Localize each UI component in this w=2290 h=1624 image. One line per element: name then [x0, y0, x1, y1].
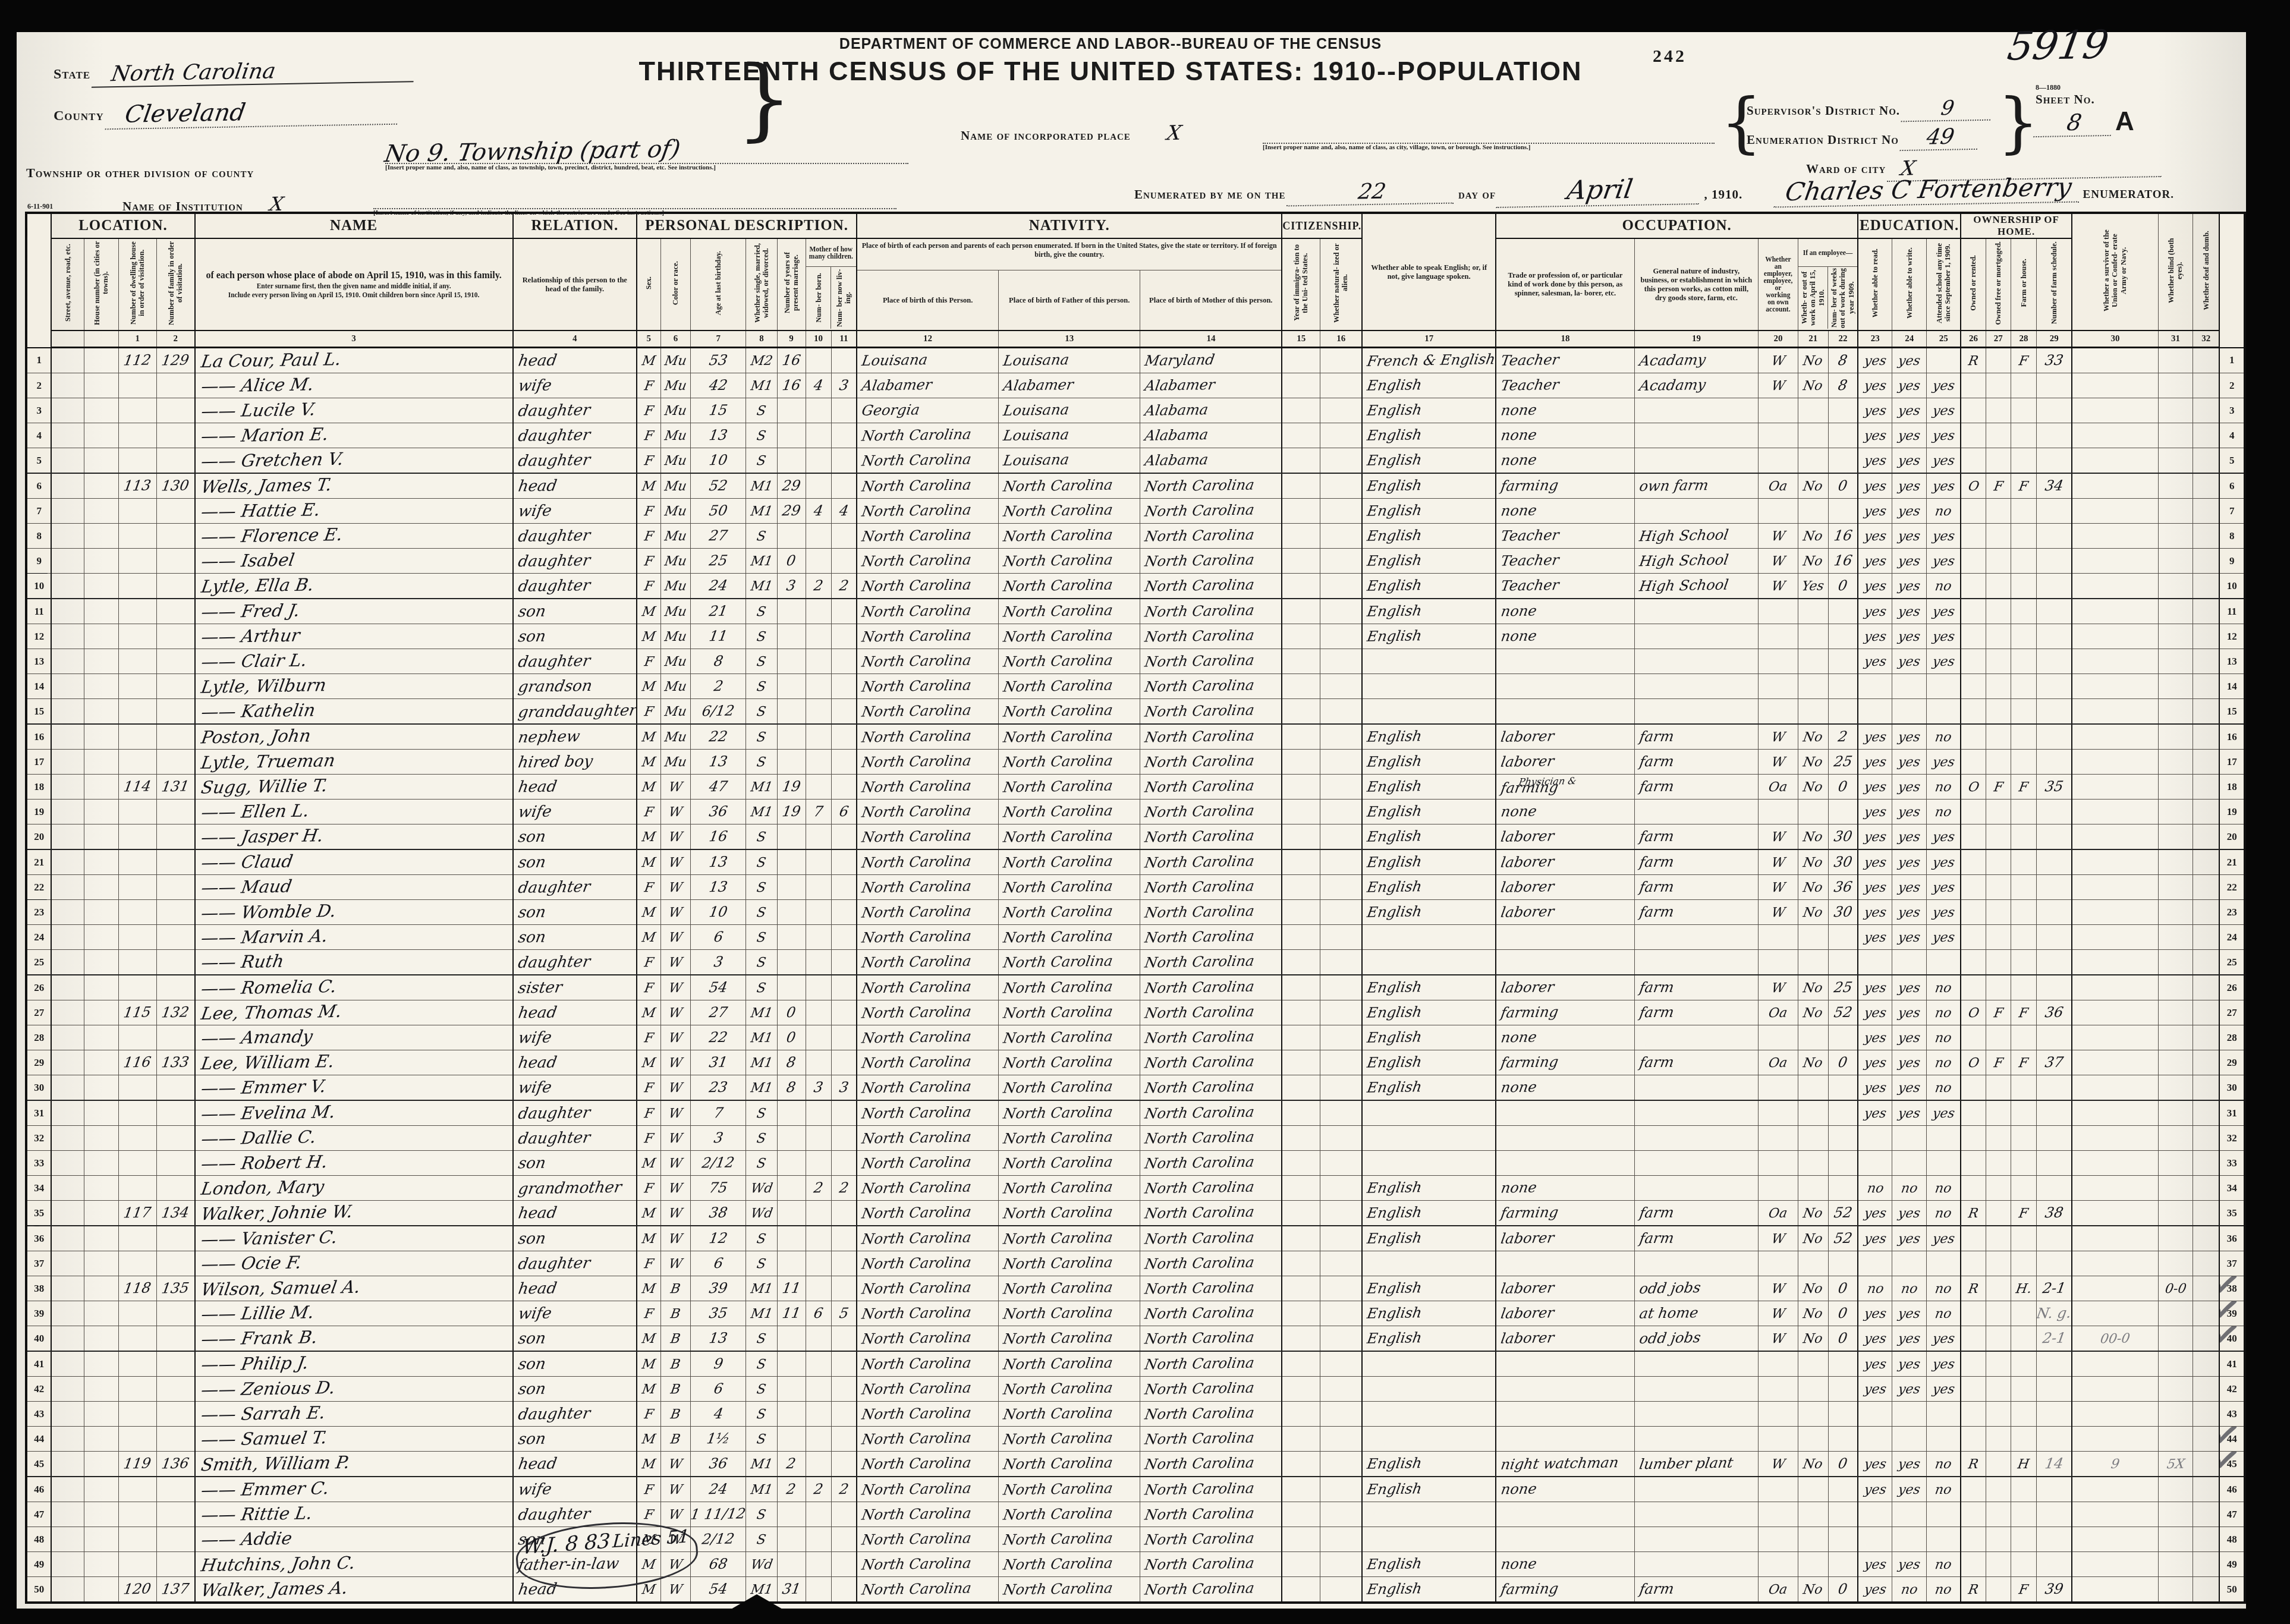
- cell: head: [513, 1452, 637, 1477]
- cell: 47: [691, 775, 746, 800]
- cell: North Carolina: [999, 473, 1140, 499]
- cell: [1986, 950, 2011, 975]
- mother-children-group-header: Mother of how many children. Num- ber bo…: [806, 238, 857, 331]
- table-row: 18114131Sugg, Willie T.headMW47M119North…: [26, 775, 2245, 800]
- cell: [118, 1100, 156, 1126]
- cell: H: [2011, 1452, 2037, 1477]
- cell: [1362, 1502, 1496, 1527]
- cell: [2158, 599, 2193, 624]
- cell: [1282, 373, 1320, 398]
- cell: [806, 975, 831, 1000]
- cell: 7: [806, 800, 831, 824]
- cell: [84, 900, 119, 925]
- cell: F: [637, 1402, 660, 1427]
- cell: [2072, 1176, 2158, 1201]
- cell: North Carolina: [857, 824, 998, 850]
- cell: yes: [1858, 900, 1892, 925]
- cell: [2158, 649, 2193, 674]
- line-number: 26: [2219, 975, 2245, 1000]
- cell: North Carolina: [999, 1251, 1140, 1276]
- enumerator-field: Charles C Fortenberry ENUMERATOR.: [1776, 175, 2174, 205]
- cell: [1759, 499, 1798, 524]
- cell: 120: [118, 1577, 156, 1603]
- cell: [118, 599, 156, 624]
- deaf-column-header: Whether deaf and dumb.: [2202, 231, 2210, 310]
- cell: [806, 1000, 831, 1025]
- cell: North Carolina: [1140, 1552, 1282, 1577]
- table-row: 5—— Gretchen V.daughterFMu10SNorth Carol…: [26, 448, 2245, 474]
- cell: [51, 649, 84, 674]
- cell: [1320, 1326, 1362, 1352]
- cell: [1798, 1377, 1828, 1402]
- cell: 135: [156, 1276, 194, 1301]
- column-number: 2: [156, 331, 194, 348]
- cell: [1961, 574, 1986, 599]
- cell: [51, 1477, 84, 1502]
- cell: Alabamer: [857, 373, 998, 398]
- cell: North Carolina: [999, 1000, 1140, 1025]
- cell: yes: [1927, 849, 1961, 875]
- cell: [84, 1577, 119, 1603]
- cell: [2193, 1477, 2220, 1502]
- cell: yes: [1858, 1000, 1892, 1025]
- cell: 114: [118, 775, 156, 800]
- cell: [2011, 1477, 2037, 1502]
- cell: yes: [1927, 423, 1961, 448]
- cell: North Carolina: [999, 1050, 1140, 1075]
- cell: M: [637, 1427, 660, 1452]
- cell: M: [637, 849, 660, 875]
- line-number: 33: [2219, 1151, 2245, 1176]
- cell: [118, 900, 156, 925]
- cell: [1798, 699, 1828, 725]
- cell: night watchman: [1496, 1452, 1634, 1477]
- cell: F: [2011, 775, 2037, 800]
- cell: [1961, 1075, 1986, 1101]
- cell: [806, 875, 831, 900]
- cell: [2011, 1176, 2037, 1201]
- cell: lumber plant: [1634, 1452, 1758, 1477]
- enumerated-prefix: Enumerated by me on the: [1134, 187, 1285, 202]
- cell: [2037, 950, 2072, 975]
- street-column-header: Street, avenue, road, etc.: [64, 244, 72, 322]
- name-group-title: NAME: [330, 218, 378, 234]
- cell: S: [746, 649, 777, 674]
- cell: [2011, 1502, 2037, 1527]
- table-row: 39—— Lillie M.wifeFB35M11165North Caroli…: [26, 1301, 2245, 1326]
- cell: R: [1961, 1577, 1986, 1603]
- cell: no: [1927, 1025, 1961, 1050]
- cell: [1798, 925, 1828, 950]
- cell: 39: [691, 1276, 746, 1301]
- cell: North Carolina: [1140, 574, 1282, 599]
- cell: [118, 699, 156, 725]
- cell: [156, 373, 194, 398]
- cell: [1986, 599, 2011, 624]
- cell: English: [1362, 473, 1496, 499]
- cell: [2193, 824, 2220, 850]
- cell: Mu: [660, 499, 691, 524]
- serial-number-wrap: 5919: [2008, 23, 2108, 68]
- cell: S: [746, 599, 777, 624]
- naturalized-column-header: Whether natural- ized or alien.: [1332, 241, 1350, 325]
- cell: [1828, 1502, 1858, 1527]
- cell: [2158, 1176, 2193, 1201]
- cell: North Carolina: [999, 1427, 1140, 1452]
- table-row: 25—— RuthdaughterFW3SNorth CarolinaNorth…: [26, 950, 2245, 975]
- cell: [2072, 624, 2158, 649]
- cell: North Carolina: [1140, 1502, 1282, 1527]
- cell: —— Lillie M.: [195, 1301, 513, 1326]
- cell: [1759, 448, 1798, 474]
- cell: North Carolina: [1140, 674, 1282, 699]
- cell: North Carolina: [857, 775, 998, 800]
- cell: English: [1362, 1025, 1496, 1050]
- cell: F: [637, 699, 660, 725]
- cell: North Carolina: [857, 574, 998, 599]
- cell: No: [1798, 849, 1828, 875]
- cell: [2158, 1151, 2193, 1176]
- cell: [1858, 1402, 1892, 1427]
- cell: North Carolina: [999, 724, 1140, 750]
- column-number: 5: [637, 331, 660, 348]
- cell: [51, 1301, 84, 1326]
- cell: W: [1759, 849, 1798, 875]
- cell: North Carolina: [999, 975, 1140, 1000]
- cell: North Carolina: [999, 900, 1140, 925]
- cell: [2037, 448, 2072, 474]
- cell: 35: [2037, 775, 2072, 800]
- cell: [2011, 398, 2037, 423]
- cell: no: [1927, 724, 1961, 750]
- cell: 6: [831, 800, 857, 824]
- cell: M: [637, 1351, 660, 1377]
- cell: [51, 1527, 84, 1552]
- cell: Louisana: [999, 398, 1140, 423]
- cell: grandson: [513, 674, 637, 699]
- cell: F: [637, 875, 660, 900]
- column-number: 22: [1828, 331, 1858, 348]
- cell: [51, 950, 84, 975]
- cell: [1282, 1452, 1320, 1477]
- line-number: 47: [26, 1502, 51, 1527]
- column-number: 31: [2158, 331, 2193, 348]
- cell: [1634, 398, 1758, 423]
- cell: [51, 1126, 84, 1151]
- cell: [1320, 1025, 1362, 1050]
- column-number: 26: [1961, 331, 1986, 348]
- cell: S: [746, 824, 777, 850]
- cell: [1496, 699, 1634, 725]
- line-number: 15: [2219, 699, 2245, 725]
- cell: [1892, 1126, 1927, 1151]
- cell: 36: [691, 1452, 746, 1477]
- cell: 115: [118, 1000, 156, 1025]
- cell: [1759, 699, 1798, 725]
- cell: [2037, 549, 2072, 574]
- cell: S: [746, 975, 777, 1000]
- cell: yes: [1858, 1552, 1892, 1577]
- cell: [118, 1402, 156, 1427]
- cell: [1961, 1427, 1986, 1452]
- cell: North Carolina: [999, 800, 1140, 824]
- cell: 25: [1828, 975, 1858, 1000]
- cell: W: [1759, 875, 1798, 900]
- column-number: 18: [1496, 331, 1634, 348]
- cell: wife: [513, 800, 637, 824]
- district-brace-right: }: [1998, 84, 2039, 160]
- cell: [2037, 1377, 2072, 1402]
- cell: [51, 373, 84, 398]
- cell: [777, 925, 806, 950]
- line-number: 33: [26, 1151, 51, 1176]
- cell: English: [1362, 1326, 1496, 1352]
- cell: [1828, 674, 1858, 699]
- cell: [831, 824, 857, 850]
- cell: farm: [1634, 824, 1758, 850]
- cell: [1798, 1502, 1828, 1527]
- cell: 8: [777, 1075, 806, 1101]
- column-number: 17: [1362, 331, 1496, 348]
- cell: laborer: [1496, 900, 1634, 925]
- cell: [156, 1477, 194, 1502]
- cell: [2037, 1502, 2072, 1527]
- table-row: 36—— Vanister C.sonMW12SNorth CarolinaNo…: [26, 1226, 2245, 1251]
- line-number: 5: [2219, 448, 2245, 474]
- cell: none: [1496, 499, 1634, 524]
- occupation-group-title: OCCUPATION.: [1622, 218, 1731, 234]
- enumerated-mid: day of: [1458, 187, 1496, 202]
- column-number: 14: [1140, 331, 1282, 348]
- cell: [1927, 1126, 1961, 1151]
- cell: 14: [2037, 1452, 2072, 1477]
- line-number: 28: [2219, 1025, 2245, 1050]
- enumerated-line: Enumerated by me on the 22 day of April …: [1134, 175, 1742, 206]
- cell: [1320, 1577, 1362, 1603]
- cell: [2072, 1201, 2158, 1226]
- cell: [84, 524, 119, 549]
- cell: 2/12: [691, 1527, 746, 1552]
- cell: North Carolina: [1140, 1176, 1282, 1201]
- cell: [118, 1126, 156, 1151]
- cell: farm: [1634, 1577, 1758, 1603]
- cell: [831, 348, 857, 373]
- cell: S: [746, 750, 777, 775]
- cell: [2072, 775, 2158, 800]
- line-number: 21: [26, 849, 51, 875]
- cell: [777, 1351, 806, 1377]
- cell: yes: [1892, 1226, 1927, 1251]
- cell: [2158, 1075, 2193, 1101]
- cell: North Carolina: [857, 975, 998, 1000]
- cell: Hutchins, John C.: [195, 1552, 513, 1577]
- cell: North Carolina: [1140, 1201, 1282, 1226]
- table-row: 11—— Fred J.sonMMu21SNorth CarolinaNorth…: [26, 599, 2245, 624]
- cell: [2037, 649, 2072, 674]
- table-row: 7—— Hattie E.wifeFMu50M12944North Caroli…: [26, 499, 2245, 524]
- cell: [1961, 649, 1986, 674]
- cell: [1798, 398, 1828, 423]
- cell: North Carolina: [999, 950, 1140, 975]
- cell: —— Ocie F.: [195, 1251, 513, 1276]
- cell: laborer: [1496, 1226, 1634, 1251]
- cell: [118, 549, 156, 574]
- cell: Lytle, Trueman: [195, 750, 513, 775]
- cell: 3: [691, 950, 746, 975]
- cell: [2158, 524, 2193, 549]
- cell: North Carolina: [857, 499, 998, 524]
- cell: —— Rittie L.: [195, 1502, 513, 1527]
- cell: [84, 599, 119, 624]
- cell: W: [660, 824, 691, 850]
- cell: [2011, 549, 2037, 574]
- cell: North Carolina: [999, 624, 1140, 649]
- cell: [1986, 800, 2011, 824]
- township-field: Township or other division of county: [26, 165, 254, 181]
- cell: [2072, 875, 2158, 900]
- cell: [2011, 1552, 2037, 1577]
- cell: North Carolina: [857, 950, 998, 975]
- cell: [831, 1351, 857, 1377]
- cell: Mu: [660, 423, 691, 448]
- cell: 19: [777, 800, 806, 824]
- cell: [1282, 473, 1320, 499]
- cell: [1320, 900, 1362, 925]
- cell: none: [1496, 800, 1634, 824]
- cell: daughter: [513, 524, 637, 549]
- cell: F: [637, 1100, 660, 1126]
- cell: yes: [1858, 875, 1892, 900]
- cell: wife: [513, 499, 637, 524]
- cell: [1634, 699, 1758, 725]
- cell: [1634, 649, 1758, 674]
- cell: F: [637, 1251, 660, 1276]
- relation-group-title: RELATION.: [531, 218, 618, 234]
- cell: [2158, 1326, 2193, 1352]
- cell: head: [513, 1050, 637, 1075]
- cell: yes: [1858, 398, 1892, 423]
- cell: North Carolina: [857, 1351, 998, 1377]
- cell: odd jobs: [1634, 1276, 1758, 1301]
- cell: [2072, 1577, 2158, 1603]
- cell: W: [660, 1050, 691, 1075]
- cell: [2037, 1226, 2072, 1251]
- cell: 0: [1828, 574, 1858, 599]
- column-number: 21: [1798, 331, 1828, 348]
- cell: [84, 1402, 119, 1427]
- cell: —— Frank B.: [195, 1326, 513, 1352]
- cell: [1927, 1527, 1961, 1552]
- line-number: 19: [26, 800, 51, 824]
- cell: S: [746, 1151, 777, 1176]
- cell: North Carolina: [857, 699, 998, 725]
- line-number: 37: [2219, 1251, 2245, 1276]
- cell: No: [1798, 1577, 1828, 1603]
- state-value: North Carolina: [92, 56, 417, 87]
- cell: [1320, 1502, 1362, 1527]
- column-number: 32: [2193, 331, 2220, 348]
- cell: [1320, 1226, 1362, 1251]
- cell: [1828, 448, 1858, 474]
- cell: [84, 398, 119, 423]
- cell: [1961, 423, 1986, 448]
- cell: [156, 975, 194, 1000]
- cell: [156, 398, 194, 423]
- cell: 130: [156, 473, 194, 499]
- line-number: 36: [2219, 1226, 2245, 1251]
- cell: [1282, 900, 1320, 925]
- cell: [2193, 1427, 2220, 1452]
- line-number: 48: [2219, 1527, 2245, 1552]
- line-number: 6: [2219, 473, 2245, 499]
- cell: [51, 1025, 84, 1050]
- cell: [1282, 1477, 1320, 1502]
- cell: [1798, 1151, 1828, 1176]
- cell: W: [1759, 900, 1798, 925]
- cell: [1828, 624, 1858, 649]
- cell: no: [1892, 1577, 1927, 1603]
- cell: [806, 448, 831, 474]
- cell: North Carolina: [1140, 875, 1282, 900]
- cell: [777, 448, 806, 474]
- cell: [1828, 499, 1858, 524]
- cell: [84, 1075, 119, 1101]
- cell: 2: [831, 1477, 857, 1502]
- cell: —— Fred J.: [195, 599, 513, 624]
- cell: [1986, 624, 2011, 649]
- cell: [831, 1527, 857, 1552]
- cell: 27: [691, 524, 746, 549]
- cell: [1986, 448, 2011, 474]
- cell: [1828, 1552, 1858, 1577]
- cell: 8: [691, 649, 746, 674]
- cell: [2158, 1000, 2193, 1025]
- cell: North Carolina: [999, 1577, 1140, 1603]
- line-number: 30: [26, 1075, 51, 1101]
- cell: —— Kathelin: [195, 699, 513, 725]
- dwelling-column-header: Number of dwelling house in order of vis…: [129, 241, 146, 325]
- cell: [118, 1477, 156, 1502]
- cell: [1858, 1251, 1892, 1276]
- cell: son: [513, 925, 637, 950]
- line-number: 12: [2219, 624, 2245, 649]
- cell: [2072, 674, 2158, 699]
- line-number: 25: [2219, 950, 2245, 975]
- cell: [831, 1201, 857, 1226]
- cell: [2072, 574, 2158, 599]
- cell: 2-1: [2037, 1276, 2072, 1301]
- cell: [2011, 1402, 2037, 1427]
- cell: North Carolina: [999, 1025, 1140, 1050]
- cell: M1: [746, 499, 777, 524]
- cell: [1320, 1477, 1362, 1502]
- cell: [51, 1452, 84, 1477]
- cell: High School: [1634, 574, 1758, 599]
- cell: London, Mary: [195, 1176, 513, 1201]
- cell: [2037, 1176, 2072, 1201]
- cell: F: [1986, 1050, 2011, 1075]
- cell: [2072, 1000, 2158, 1025]
- line-number: 45✓: [2219, 1452, 2245, 1477]
- cell: [831, 1126, 857, 1151]
- birthplace-father-column-header: Place of birth of Father of this person.: [998, 270, 1140, 330]
- line-number: 35: [2219, 1201, 2245, 1226]
- cell: North Carolina: [1140, 1126, 1282, 1151]
- cell: 38: [691, 1201, 746, 1226]
- line-number: 30: [2219, 1075, 2245, 1101]
- cell: S: [746, 1427, 777, 1452]
- cell: [156, 549, 194, 574]
